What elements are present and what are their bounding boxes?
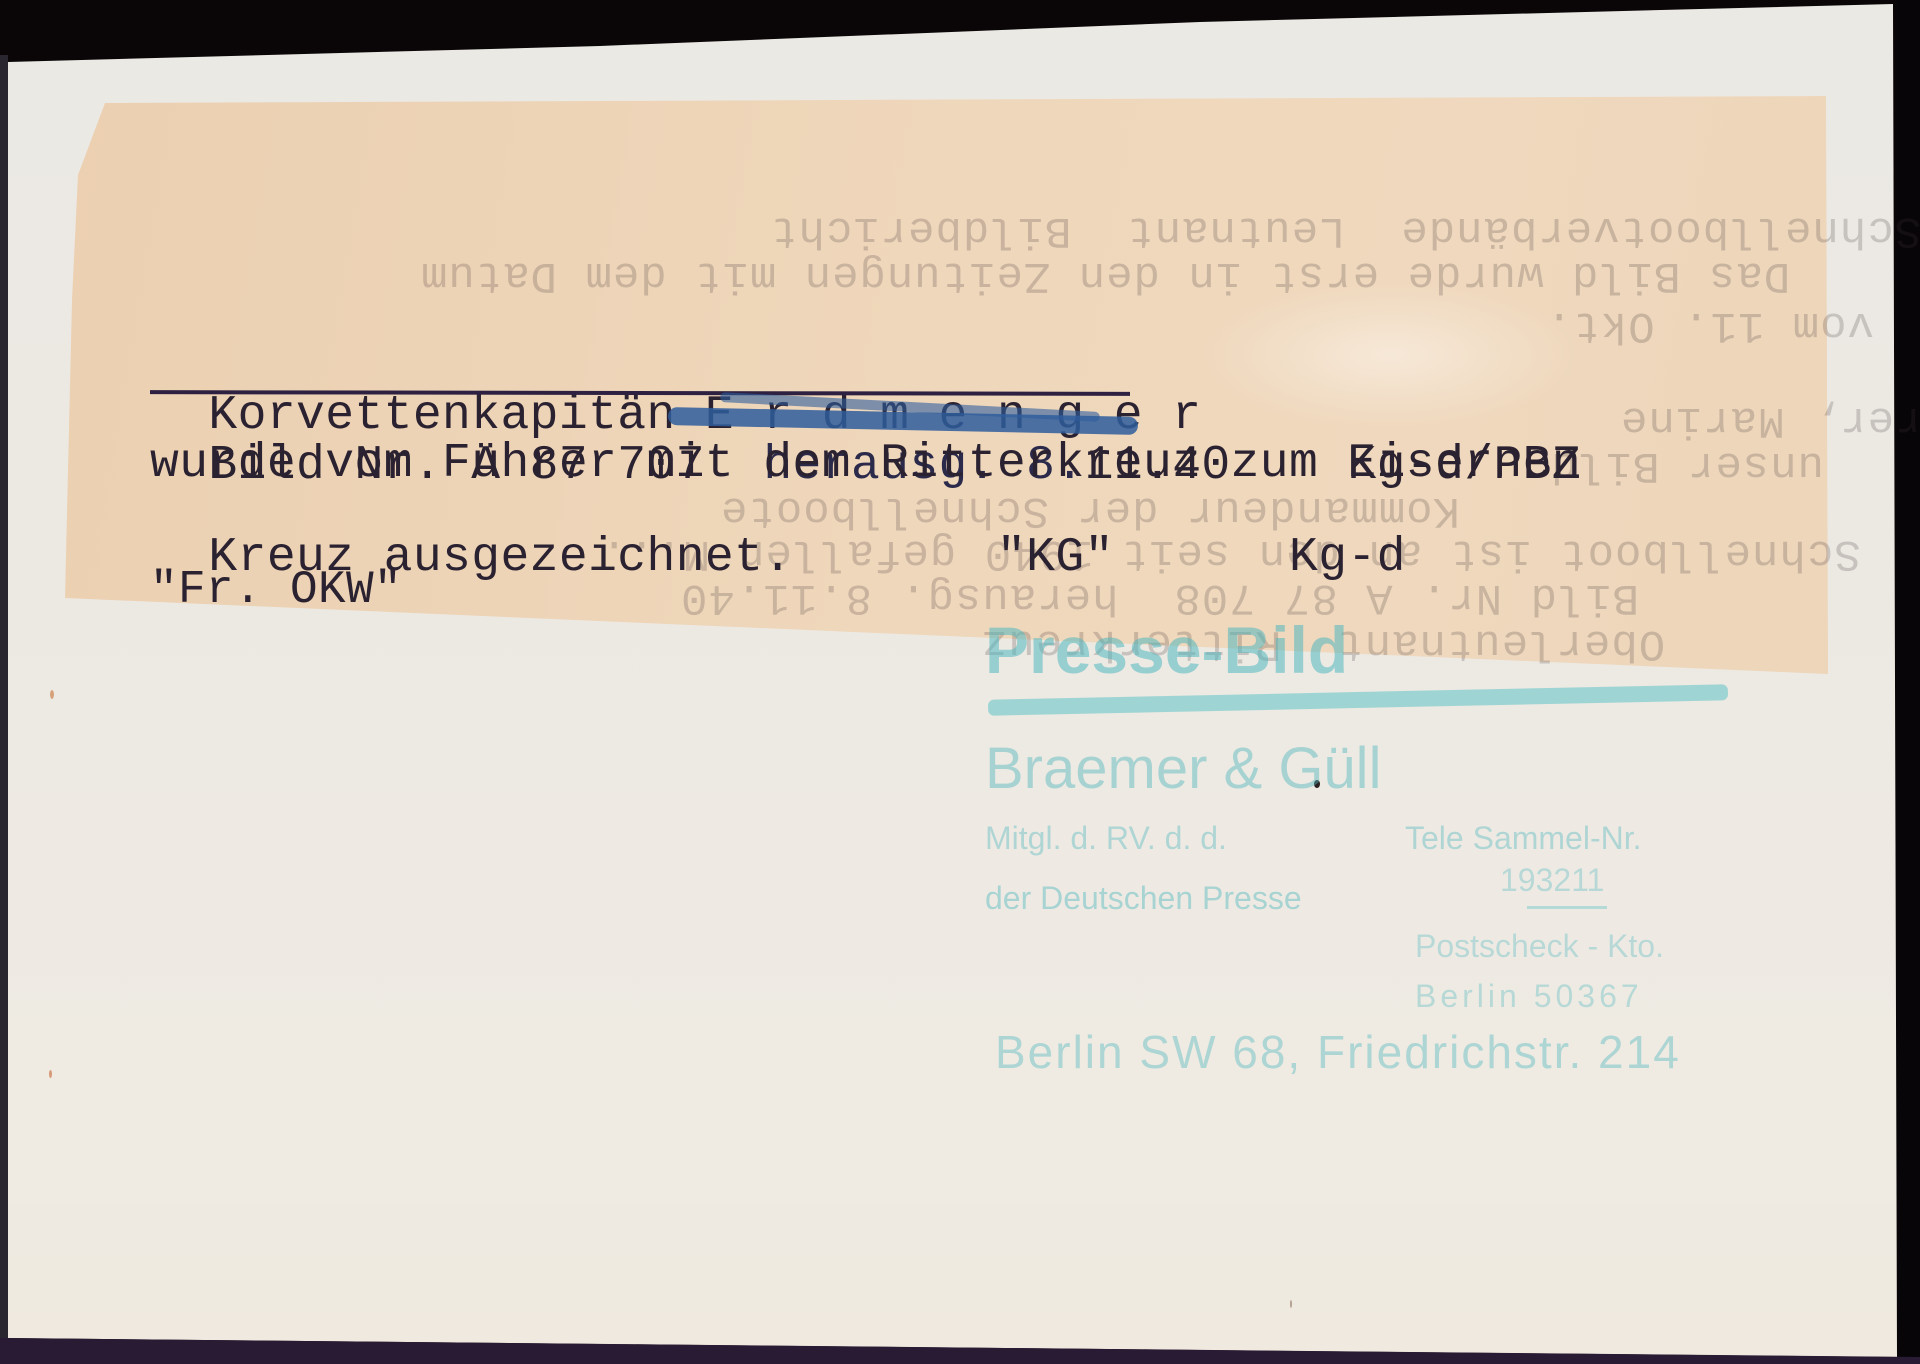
caption-line-5: "Fr. OKW" [150,566,402,614]
stamp-small-rule [1527,906,1607,909]
left-edge-shadow [0,55,8,1345]
paper-speck [1290,1300,1292,1308]
show-through-text: Führer, Marine [1620,395,1920,445]
stamp-tele-label: Tele Sammel-Nr. [1405,820,1642,857]
show-through-text: Schnellbootverbände Leutnant Bildbericht [770,205,1920,255]
stamp-member-line-2: der Deutschen Presse [985,880,1302,917]
stamp-tele-number: 193211 [1500,862,1604,899]
code-kg-d: Kg-d [1289,531,1406,585]
caption-line-3: wurde vom Führer mit dem Ritterkreuz zum… [150,440,1581,488]
paper-speck [49,1070,52,1078]
stamp-member-line-1: Mitgl. d. RV. d. d. [985,820,1227,857]
stamp-postscheck-label: Postscheck - Kto. [1415,928,1664,965]
paper-speck [50,690,54,699]
code-kg: "KG" [997,531,1114,585]
show-through-text: vom 11. Okt. [1545,300,1874,350]
stamp-address: Berlin SW 68, Friedrichstr. 214 [995,1025,1681,1079]
stamp-header: Presse-Bild [985,612,1348,688]
show-through-text: Das Bild wurde erst in den Zeitungen mit… [420,250,1790,300]
show-through-text: unser Bild [1550,440,1824,490]
stamp-postscheck-number: Berlin 50367 [1415,978,1643,1015]
stamp-firm-name: Braemer & Güll [985,735,1381,802]
